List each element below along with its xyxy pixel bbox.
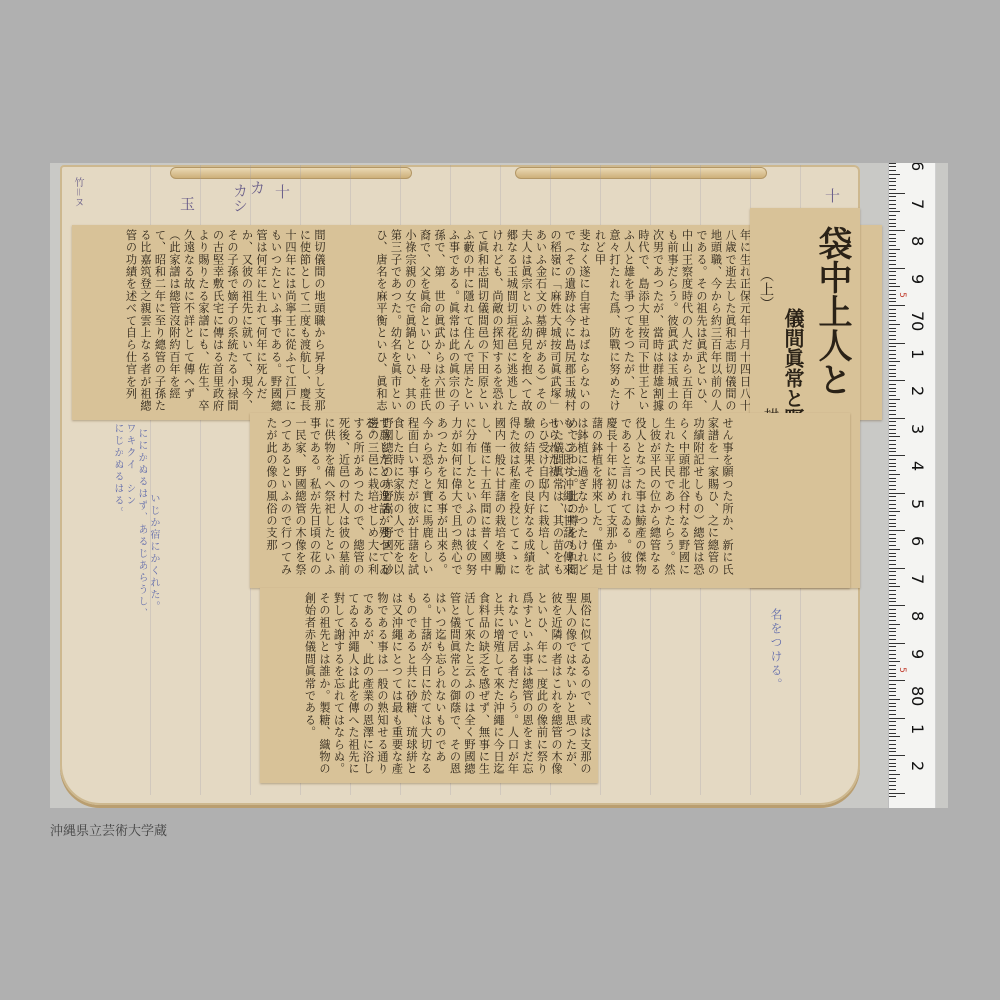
ruler-tick xyxy=(889,455,905,456)
ruler-tick xyxy=(889,234,896,235)
ruler-tick xyxy=(889,680,905,681)
pencil-note: 十 xyxy=(825,185,840,206)
ruler-tick xyxy=(889,729,896,730)
archival-photograph: 玉 カシ カ 十 十 竹＝ヌ わが産業の恩 儀間眞常は弘治三年に生れ正保元年十月… xyxy=(50,163,948,808)
ruler-label: 7 xyxy=(908,574,927,584)
article-columns-right: わが産業の恩 儀間眞常は弘治三年に生れ正保元年十月十四日八十八歳で逝去した眞和志… xyxy=(602,225,772,420)
ruler-tick xyxy=(889,208,896,209)
ruler-tick xyxy=(889,264,896,265)
ruler-tick xyxy=(889,256,896,257)
ruler-label: 8 xyxy=(908,611,927,621)
ruler-tick xyxy=(889,508,896,509)
ruler-tick xyxy=(889,781,896,782)
ruler-tick xyxy=(889,463,896,464)
ruler-tick xyxy=(889,770,896,771)
pencil-note: 玉 xyxy=(180,193,195,214)
clipping-bottom: 風俗に似てゐるので、或は支那の聖人の像ではないかと思つたが、彼を近隣の者はこれを… xyxy=(260,588,598,783)
ruler-tick xyxy=(889,650,896,651)
article-part: （上） xyxy=(757,268,775,310)
ruler-label: 2 xyxy=(908,386,927,396)
ruler-tick xyxy=(889,583,896,584)
ruler-tick xyxy=(889,391,896,392)
ruler-tick xyxy=(889,193,905,194)
ruler-tick xyxy=(889,736,900,737)
ruler-tick xyxy=(889,466,896,467)
ruler-tick xyxy=(889,564,896,565)
collection-caption: 沖縄県立芸術大学蔵 xyxy=(50,820,167,839)
ruler-tick xyxy=(889,433,896,434)
ruler-tick xyxy=(889,249,900,250)
ruler-tick xyxy=(889,271,896,272)
article-columns-bottom: 風俗に似てゐるので、或は支那の聖人の像ではないかと思つたが、彼を近隣の者はこれを… xyxy=(260,588,598,783)
ruler-tick xyxy=(889,556,896,557)
ruler-tick xyxy=(889,403,896,404)
ruler-tick xyxy=(889,388,896,389)
ruler-tick xyxy=(889,553,896,554)
ruler-tick xyxy=(889,376,896,377)
ruler-tick xyxy=(889,178,896,179)
ruler-tick xyxy=(889,541,896,542)
ruler-tick xyxy=(889,354,896,355)
ruler-tick xyxy=(889,665,896,666)
ruler-tick xyxy=(889,474,900,475)
ruler-tick xyxy=(889,733,896,734)
ruler-label: 6 xyxy=(908,163,927,171)
ruler-tick xyxy=(889,339,896,340)
ruler-tick xyxy=(889,328,896,329)
ruler-tick xyxy=(889,350,896,351)
ruler-tick xyxy=(889,223,896,224)
ruler-tick xyxy=(889,324,900,325)
ruler-tick xyxy=(889,485,896,486)
ruler-tick xyxy=(889,594,896,595)
ruler-tick xyxy=(889,429,896,430)
ruler-tick xyxy=(889,714,896,715)
ruler-label: 70 xyxy=(908,311,927,331)
article-columns-lower-left: 野國總管の赤野嵩、野國、砂邊の三邑に栽培せしめ大に利する所があつたので、總管の死… xyxy=(250,413,400,588)
ruler-tick xyxy=(889,279,896,280)
ruler-tick xyxy=(889,586,900,587)
ruler-tick xyxy=(889,174,900,175)
ruler-tick xyxy=(889,658,896,659)
article-columns-lower-middle: めであつた。此の噂をもれ聞いた儀間眞常は、其の苗をもらひ受け自邸内に栽培し、試驗… xyxy=(410,413,585,588)
article-columns-middle: 斐なく遂に自害せねばならないので（その遺跡は今に島尻郡玉城村の稻嶺に「麻姓大城按… xyxy=(347,225,597,420)
ruler-tick xyxy=(889,493,905,494)
ruler-tick xyxy=(889,766,896,767)
ruler-tick xyxy=(889,785,896,786)
ruler-tick xyxy=(889,241,896,242)
ruler-tick xyxy=(889,230,905,231)
ruler-tick xyxy=(889,286,900,287)
ruler-tick xyxy=(889,425,896,426)
ruler-tick xyxy=(889,395,896,396)
ruler-tick xyxy=(889,774,900,775)
ruler-tick xyxy=(889,571,896,572)
ruler-tick xyxy=(889,579,896,580)
ruler-tick xyxy=(889,523,896,524)
ruler-tick xyxy=(889,298,896,299)
ruler-tick xyxy=(889,744,896,745)
ruler-tick xyxy=(889,718,905,719)
ruler-tick xyxy=(889,654,896,655)
ruler-tick xyxy=(889,646,896,647)
binding-strip-left xyxy=(170,167,412,179)
ruler-tick xyxy=(889,796,896,797)
ruler-tick xyxy=(889,751,896,752)
ruler-tick xyxy=(889,763,896,764)
pencil-note: カシ xyxy=(230,183,251,213)
ruler-tick xyxy=(889,530,905,531)
ruler-tick xyxy=(889,384,896,385)
ruler-label: 3 xyxy=(908,424,927,434)
ruler-tick xyxy=(889,444,896,445)
ruler-tick xyxy=(889,740,896,741)
ruler-tick xyxy=(889,789,896,790)
pencil-note: カ xyxy=(250,177,265,198)
ruler-tick xyxy=(889,335,896,336)
ruler-tick xyxy=(889,185,896,186)
ruler-tick xyxy=(889,418,905,419)
ruler-tick xyxy=(889,305,905,306)
ruler-tick xyxy=(889,695,896,696)
ruler-tick xyxy=(889,560,896,561)
ruler-tick xyxy=(889,283,896,284)
ruler-tick xyxy=(889,755,905,756)
pencil-note: 十 xyxy=(275,181,290,202)
ruler-tick xyxy=(889,725,896,726)
ruler-tick xyxy=(889,538,896,539)
ruler-tick xyxy=(889,519,896,520)
ruler-tick xyxy=(889,343,905,344)
ruler-tick xyxy=(889,361,900,362)
ruler-tick xyxy=(889,500,896,501)
ruler-tick xyxy=(889,688,896,689)
ruler-label: 6 xyxy=(908,536,927,546)
ruler-tick xyxy=(889,301,896,302)
ruler-tick xyxy=(889,643,905,644)
ruler-tick xyxy=(889,515,896,516)
ruler-tick xyxy=(889,590,896,591)
ruler-tick xyxy=(889,628,896,629)
handwritten-note-left-4: いじか宿にかくれた。 xyxy=(146,493,161,653)
ruler-label: 2 xyxy=(908,761,927,771)
ruler-tick xyxy=(889,639,896,640)
ruler-label: 5 xyxy=(908,499,927,509)
ruler-tick xyxy=(889,268,905,269)
ruler-tick xyxy=(889,598,896,599)
ruler-tick xyxy=(889,451,896,452)
ruler-tick xyxy=(889,703,896,704)
ruler-tick xyxy=(889,309,896,310)
binding-strip-right xyxy=(515,167,767,179)
handwritten-note-right: 名をつける。 xyxy=(768,608,785,738)
ruler-tick xyxy=(889,196,896,197)
ruler-tick xyxy=(889,275,896,276)
ruler-tick xyxy=(889,440,896,441)
ruler-tick xyxy=(889,601,896,602)
ruler-tick xyxy=(889,575,896,576)
ruler-label: 80 xyxy=(908,686,927,706)
ruler-tick xyxy=(889,691,896,692)
ruler-tick xyxy=(889,778,896,779)
ruler-tick xyxy=(889,496,896,497)
ruler-label: 9 xyxy=(908,649,927,659)
ruler-tick xyxy=(889,448,896,449)
ruler-tick xyxy=(889,793,905,794)
ruler-red-mark: 5 xyxy=(897,292,907,298)
ruler-tick xyxy=(889,365,896,366)
ruler-label: 7 xyxy=(908,199,927,209)
ruler-tick xyxy=(889,669,896,670)
ruler-tick xyxy=(889,358,896,359)
ruler-tick xyxy=(889,699,900,700)
ruler-tick xyxy=(889,759,896,760)
ruler-tick xyxy=(889,504,896,505)
ruler-tick xyxy=(889,211,900,212)
ruler-tick xyxy=(889,238,896,239)
ruler-tick xyxy=(889,253,896,254)
ruler-tick xyxy=(889,410,896,411)
ruler-tick xyxy=(889,380,905,381)
ruler-tick xyxy=(889,226,896,227)
ruler-tick xyxy=(889,631,896,632)
ruler-label: 9 xyxy=(908,274,927,284)
ruler-tick xyxy=(889,684,896,685)
clipping-middle: せん事を願つた所か、新に氏家譜を一家賜ひ、之に總管の功績附記せしもの）總管は恐ら… xyxy=(250,413,850,588)
ruler-tick xyxy=(889,421,896,422)
ruler-tick xyxy=(889,436,900,437)
ruler-tick xyxy=(889,414,896,415)
ruler-tick xyxy=(889,373,896,374)
ruler-tick xyxy=(889,406,896,407)
ruler-tick xyxy=(889,313,896,314)
ruler-tick xyxy=(889,346,896,347)
ruler-tick xyxy=(889,620,896,621)
ruler-tick xyxy=(889,721,896,722)
ruler-tick xyxy=(889,748,896,749)
ruler-tick xyxy=(889,549,900,550)
ruler-label: 1 xyxy=(908,349,927,359)
measuring-tape: 678970123456789801255 xyxy=(888,163,936,808)
ruler-tick xyxy=(889,181,896,182)
ruler-tick xyxy=(889,661,900,662)
ruler-tick xyxy=(889,534,896,535)
ruler-tick xyxy=(889,489,896,490)
ruler-tick xyxy=(889,481,896,482)
ruler-tick xyxy=(889,331,896,332)
ruler-tick xyxy=(889,635,896,636)
ruler-tick xyxy=(889,609,896,610)
ruler-tick xyxy=(889,470,896,471)
ruler-tick xyxy=(889,200,896,201)
ruler-tick xyxy=(889,163,896,164)
ruler-tick xyxy=(889,616,896,617)
ruler-tick xyxy=(889,459,896,460)
ruler-label: 4 xyxy=(908,461,927,471)
ruler-tick xyxy=(889,215,896,216)
ruler-label: 1 xyxy=(908,724,927,734)
ruler-tick xyxy=(889,166,896,167)
ruler-tick xyxy=(889,260,896,261)
ruler-tick xyxy=(889,245,896,246)
ruler-tick xyxy=(889,673,896,674)
ruler-tick xyxy=(889,399,900,400)
ruler-tick xyxy=(889,204,896,205)
ruler-tick xyxy=(889,526,896,527)
ruler-tick xyxy=(889,170,896,171)
ruler-tick xyxy=(889,320,896,321)
ruler-tick xyxy=(889,613,896,614)
ruler-tick xyxy=(889,290,896,291)
article-columns-left: 間切儀間の地頭職から昇身し支那に使節として二度も渡航し、慶長十四年には尚寧王に從… xyxy=(72,225,332,420)
ruler-label: 8 xyxy=(908,236,927,246)
ruler-tick xyxy=(889,478,896,479)
ruler-tick xyxy=(889,676,896,677)
ruler-tick xyxy=(889,219,896,220)
ruler-tick xyxy=(889,706,896,707)
ruler-red-mark: 5 xyxy=(897,667,907,673)
ruler-tick xyxy=(889,605,905,606)
ruler-tick xyxy=(889,511,900,512)
ruler-tick xyxy=(889,568,905,569)
ruler-tick xyxy=(889,545,896,546)
ruler-tick xyxy=(889,294,896,295)
article-columns-lower-right: せん事を願つた所か、新に氏家譜を一家賜ひ、之に總管の功績附記せしもの）總管は恐ら… xyxy=(590,413,740,588)
headline-main: 袋中上人と xyxy=(812,226,852,396)
pencil-note: 竹＝ヌ xyxy=(70,177,85,207)
ruler-tick xyxy=(889,624,900,625)
ruler-tick xyxy=(889,189,896,190)
ruler-tick xyxy=(889,316,896,317)
ruler-tick xyxy=(889,369,896,370)
ruler-tick xyxy=(889,710,896,711)
